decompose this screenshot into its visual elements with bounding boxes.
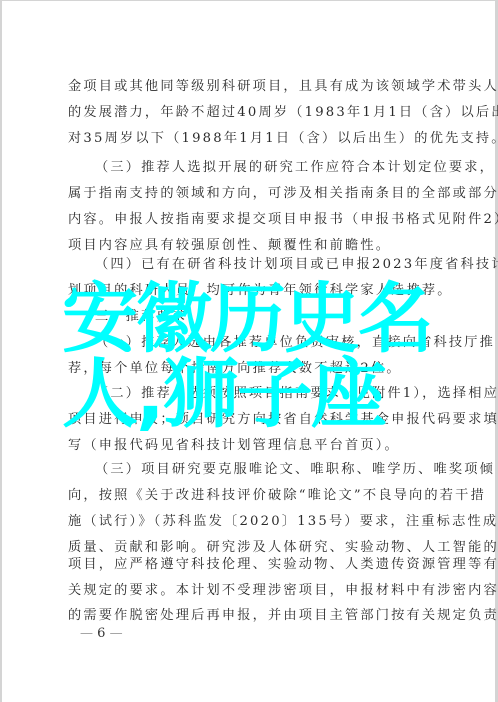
document-line: 项目内容应具有较强原创性、颠覆性和前瞻性。 xyxy=(68,238,448,254)
document-line: （三）项目研究要克服唯论文、唯职称、唯学历、唯奖项倾 xyxy=(95,462,475,478)
page-number-dash-left: — xyxy=(80,626,93,641)
page-number: — 6 — xyxy=(80,626,123,641)
document-line: 关规定的要求。本计划不受理涉密项目，申报材料中有涉密内容 xyxy=(68,583,448,599)
document-line: （三）推荐人选拟开展的研究工作应符合本计划定位要求， xyxy=(95,160,475,176)
document-line: 内容。申报人按指南要求提交项目申报书（申报书格式见附件2）， xyxy=(68,212,448,228)
page-number-value: 6 xyxy=(97,626,105,641)
document-line: 写（申报代码见省科技计划管理信息平台首页）。 xyxy=(68,438,448,454)
document-line: 的发展潜力，年龄不超过40周岁（1983年1月1日（含）以后出生）， xyxy=(68,105,448,121)
document-line: 金项目或其他同等级别科研项目，且具有成为该领域学术带头人 xyxy=(68,79,448,95)
page-number-dash-right: — xyxy=(110,626,123,641)
document-line: 的需要作脱密处理后再申报，并由项目主管部门按有关规定负责 xyxy=(68,608,448,624)
document-line: 对35周岁以下（1988年1月1日（含）以后出生）的优先支持。 xyxy=(68,131,448,147)
document-line: 属于指南支持的领域和方向，可涉及相关指南条目的全部或部分 xyxy=(68,186,448,202)
overlay-title-line-2: 人,狮子座 xyxy=(62,356,385,432)
document-line: 项目，应严格遵守科技伦理、实验动物、人类遗传资源管理等有 xyxy=(68,557,448,573)
overlay-title-line-1: 安徽历史名 xyxy=(62,281,432,357)
document-line: 质量、贡献和影响。研究涉及人体研究、实验动物、人工智能的 xyxy=(68,540,448,556)
document-line: 施（试行）》（苏科监发〔2020〕135号）要求，注重标志性成果的 xyxy=(68,514,448,530)
document-line: 向，按照《关于改进科技评价破除“唯论文”不良导向的若干措 xyxy=(68,488,448,504)
document-line: （四）已有在研省科技计划项目或已申报2023年度省科技计 xyxy=(95,257,475,273)
